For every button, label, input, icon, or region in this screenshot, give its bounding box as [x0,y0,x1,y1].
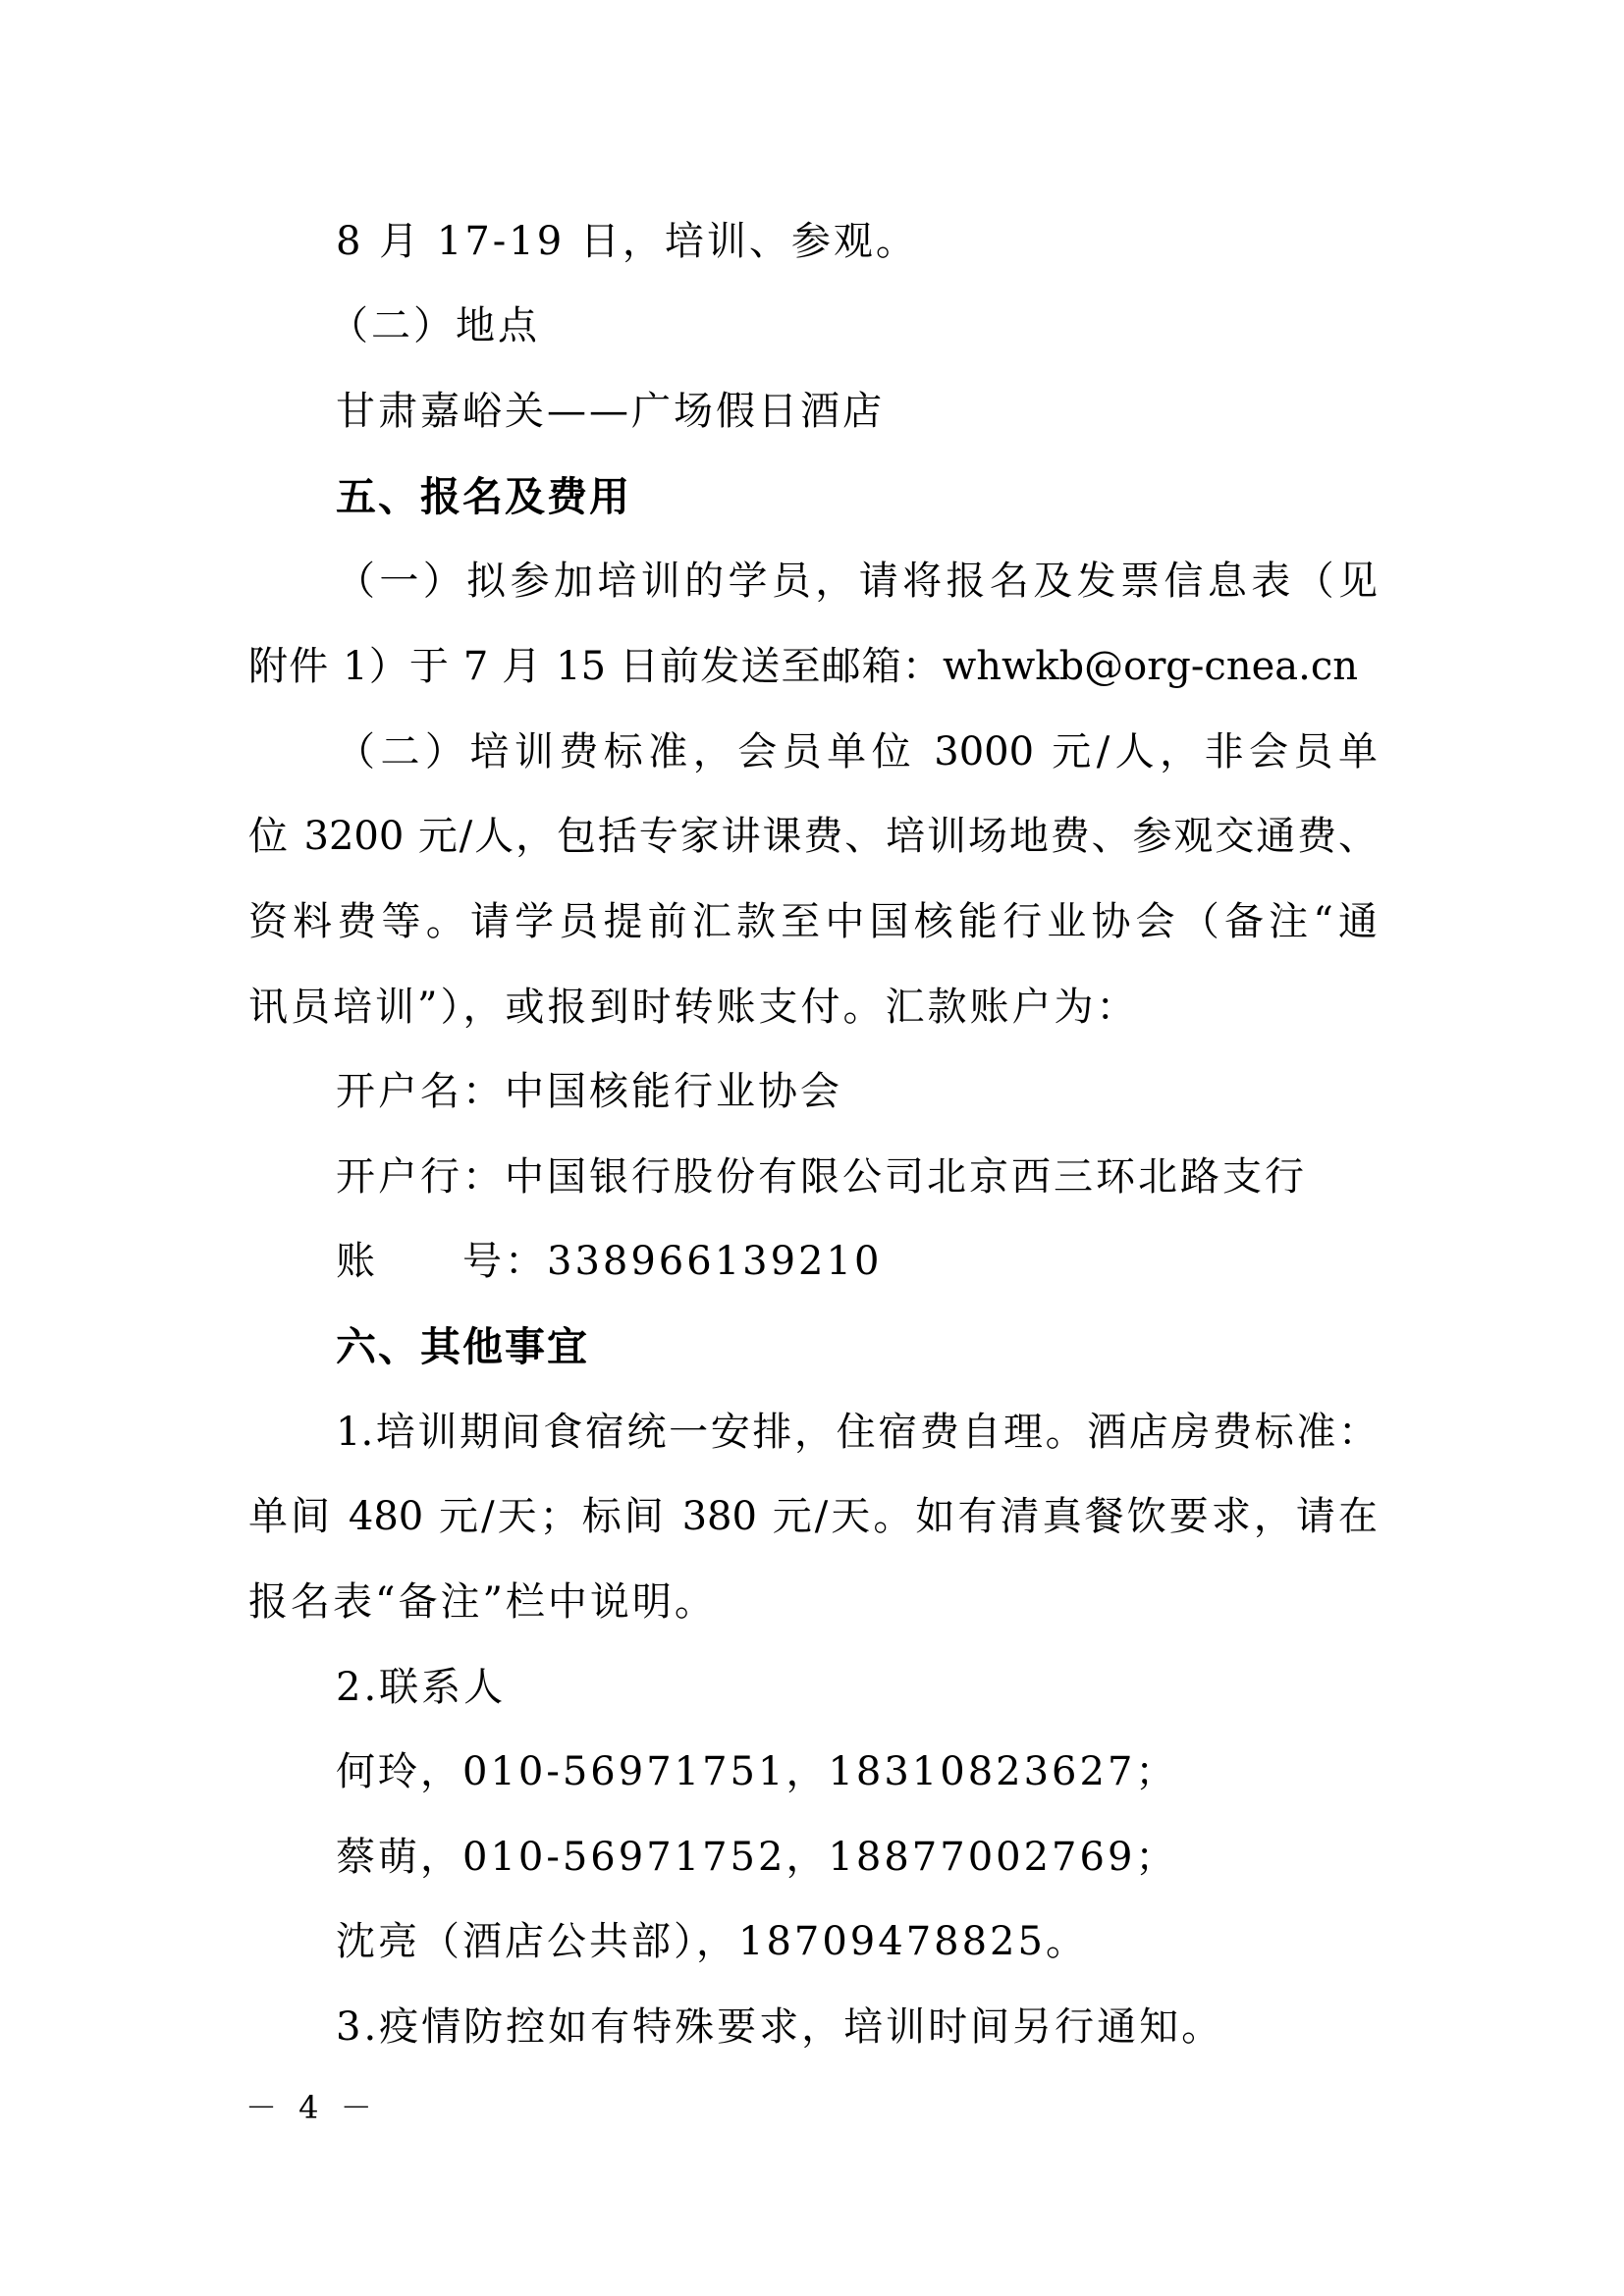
accommodation-line-2: 单间 480 元/天；标间 380 元/天。如有清真餐饮要求，请在 [248,1474,1378,1560]
fee-paragraph-line-1: （二）培训费标准，会员单位 3000 元/人，非会员单 [336,710,1378,795]
section-heading-other: 六、其他事宜 [336,1305,1378,1390]
contact-he-ling: 何玲，010-56971751，18310823627； [336,1730,1378,1815]
contact-cai-meng: 蔡萌，010-56971752，18877002769； [336,1815,1378,1900]
accommodation-line-3: 报名表“备注”栏中说明。 [248,1560,1378,1645]
location-subheading: （二）地点 [329,284,1371,369]
accommodation-line-1: 1.培训期间食宿统一安排，住宿费自理。酒店房费标准： [336,1390,1378,1475]
account-name-line: 开户名：中国核能行业协会 [336,1049,1378,1135]
page-number: － 4 － [245,2083,378,2132]
fee-paragraph-line-3: 资料费等。请学员提前汇款至中国核能行业协会（备注“通 [248,880,1378,965]
contact-shen-liang: 沈亮（酒店公共部），18709478825。 [336,1899,1378,1985]
registration-paragraph-line-2: 附件 1）于 7 月 15 日前发送至邮箱：whwkb@org-cnea.cn [248,624,1358,710]
venue-line: 甘肃嘉峪关——广场假日酒店 [336,369,1378,454]
contacts-heading: 2.联系人 [336,1645,1378,1731]
fee-paragraph-line-2: 位 3200 元/人，包括专家讲课费、培训场地费、参观交通费、 [248,794,1378,880]
account-number-line: 账 号：338966139210 [336,1219,1378,1305]
document-page: 8 月 17-19 日，培训、参观。 （二）地点 甘肃嘉峪关——广场假日酒店 五… [0,0,1624,2296]
bank-line: 开户行：中国银行股份有限公司北京西三环北路支行 [336,1135,1378,1220]
schedule-line: 8 月 17-19 日，培训、参观。 [336,199,1378,285]
registration-paragraph-line-1: （一）拟参加培训的学员，请将报名及发票信息表（见 [336,539,1378,624]
fee-paragraph-line-4: 讯员培训”），或报到时转账支付。汇款账户为： [248,965,1378,1050]
section-heading-registration: 五、报名及费用 [336,454,1378,540]
epidemic-note-line: 3.疫情防控如有特殊要求，培训时间另行通知。 [336,1985,1378,2070]
